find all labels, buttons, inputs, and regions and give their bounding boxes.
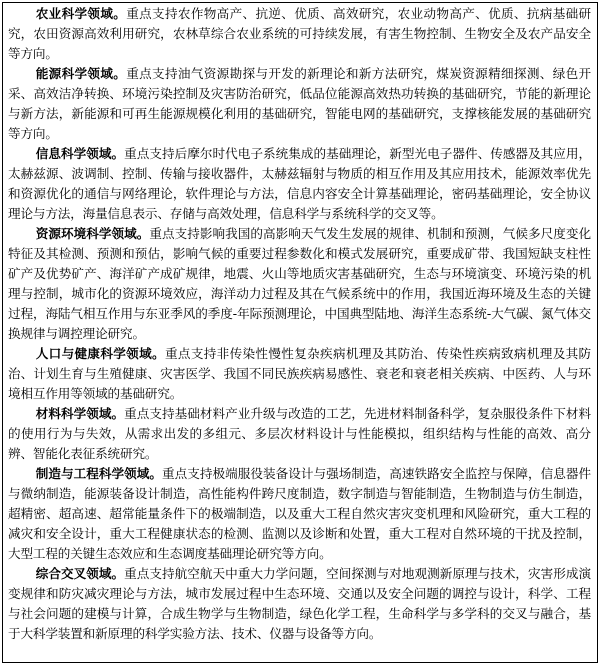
section-interdisciplinary: 综合交叉领域。重点支持航空航天中重大力学问题，空间探测与对地观测新原理与技术，灾… [8, 564, 591, 644]
section-title: 综合交叉领域。 [36, 566, 124, 581]
section-information: 信息科学领域。重点支持后摩尔时代电子系统集成的基础理论，新型光电子器件、传感器及… [8, 144, 591, 224]
section-title: 资源环境科学领域。 [36, 226, 150, 241]
section-materials: 材料科学领域。重点支持基础材料产业升级与改造的工艺，先进材料制备科学，复杂服役条… [8, 404, 591, 464]
section-resources-environment: 资源环境科学领域。重点支持影响我国的高影响天气发生发展的规律、机制和预测，气候多… [8, 224, 591, 344]
section-manufacturing-engineering: 制造与工程科学领域。重点支持极端服役装备设计与强场制造，高速铁路安全监控与保障，… [8, 464, 591, 564]
section-body: 重点支持影响我国的高影响天气发生发展的规律、机制和预测，气候多尺度变化特征及其检… [8, 226, 591, 341]
section-title: 信息科学领域。 [36, 146, 124, 161]
section-title: 材料科学领域。 [36, 406, 124, 421]
section-population-health: 人口与健康科学领域。重点支持非传染性慢性复杂疾病机理及其防治、传染性疾病致病机理… [8, 344, 591, 404]
section-title: 人口与健康科学领域。 [36, 346, 165, 361]
section-agriculture: 农业科学领域。重点支持农作物高产、抗逆、优质、高效研究，农业动物高产、优质、抗病… [8, 4, 591, 64]
section-title: 农业科学领域。 [36, 6, 126, 21]
section-title: 能源科学领域。 [36, 66, 126, 81]
section-title: 制造与工程科学领域。 [36, 466, 162, 481]
document-frame: 农业科学领域。重点支持农作物高产、抗逆、优质、高效研究，农业动物高产、优质、抗病… [2, 2, 598, 663]
section-energy: 能源科学领域。重点支持油气资源勘探与开发的新理论和新方法研究，煤炭资源精细探测、… [8, 64, 591, 144]
